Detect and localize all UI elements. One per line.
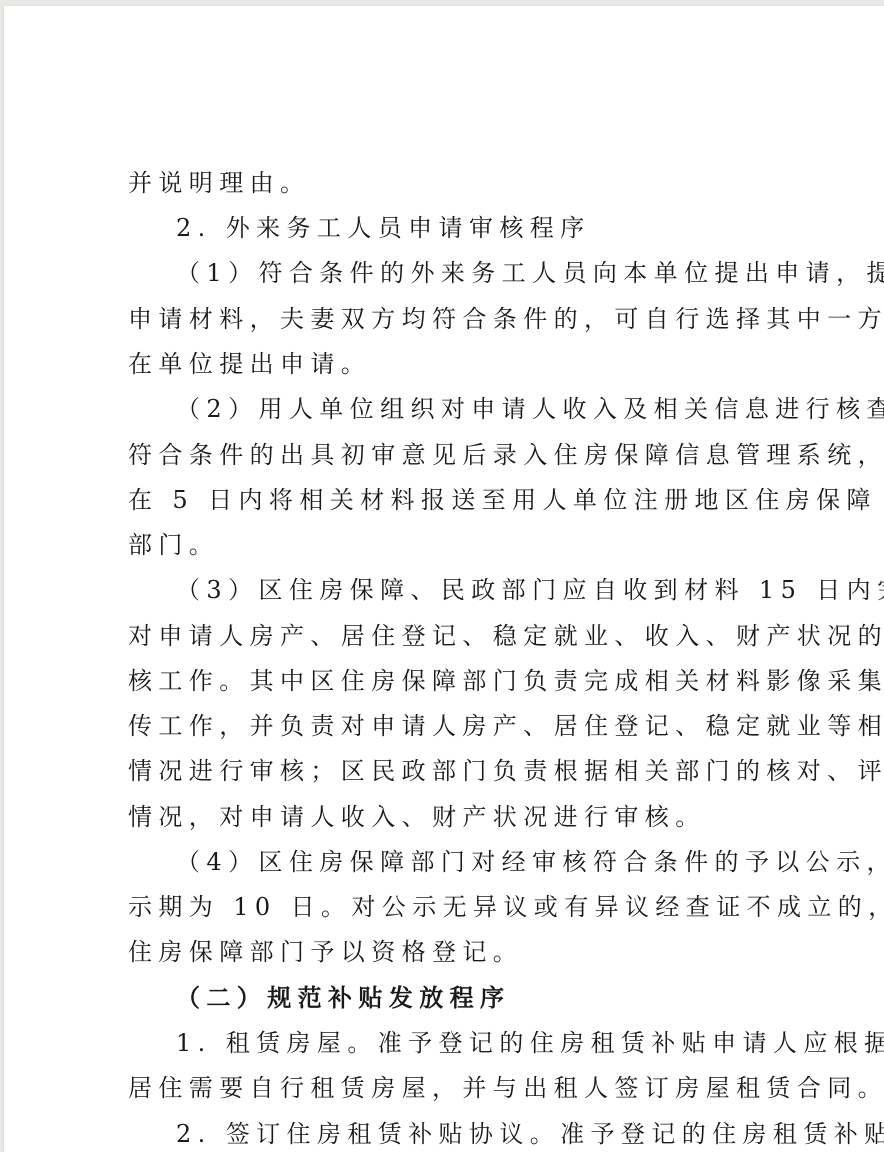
text-line: （4）区住房保障部门对经审核符合条件的予以公示，公 [176, 845, 800, 879]
text-line: （2）用人单位组织对申请人收入及相关信息进行核查， [176, 392, 800, 426]
text-line: 对申请人房产、居住登记、稳定就业、收入、财产状况的审 [128, 619, 800, 653]
text-line: 居住需要自行租赁房屋，并与出租人签订房屋租赁合同。 [128, 1071, 800, 1105]
text-line: 示期为 10 日。对公示无异议或有异议经查证不成立的，区 [128, 890, 800, 924]
text-line: 部门。 [128, 528, 800, 562]
text-line: 情况进行审核；区民政部门负责根据相关部门的核对、评估 [128, 754, 800, 788]
text-line: （1）符合条件的外来务工人员向本单位提出申请，提交 [176, 256, 800, 290]
text-line: 1. 租赁房屋。准予登记的住房租赁补贴申请人应根据 [176, 1026, 800, 1060]
text-line: 传工作，并负责对申请人房产、居住登记、稳定就业等相关 [128, 709, 800, 743]
text-line: 并说明理由。 [128, 166, 800, 200]
text-line: 核工作。其中区住房保障部门负责完成相关材料影像采集上 [128, 664, 800, 698]
text-line: 在 5 日内将相关材料报送至用人单位注册地区住房保障 [128, 483, 800, 517]
text-line: 住房保障部门予以资格登记。 [128, 935, 800, 969]
text-line: 2. 签订住房租赁补贴协议。准予登记的住房租赁补贴 [176, 1117, 800, 1151]
text-line: 情况，对申请人收入、财产状况进行审核。 [128, 800, 800, 834]
section-heading: （二）规范补贴发放程序 [176, 981, 800, 1015]
text-line: 在单位提出申请。 [128, 347, 800, 381]
text-line: （3）区住房保障、民政部门应自收到材料 15 日内完成 [176, 573, 800, 607]
document-page: 并说明理由。 2. 外来务工人员申请审核程序 （1）符合条件的外来务工人员向本单… [4, 6, 884, 1152]
text-line: 申请材料，夫妻双方均符合条件的，可自行选择其中一方所 [128, 302, 800, 336]
text-line: 符合条件的出具初审意见后录入住房保障信息管理系统，并 [128, 438, 800, 472]
section-title: 2. 外来务工人员申请审核程序 [176, 211, 800, 245]
